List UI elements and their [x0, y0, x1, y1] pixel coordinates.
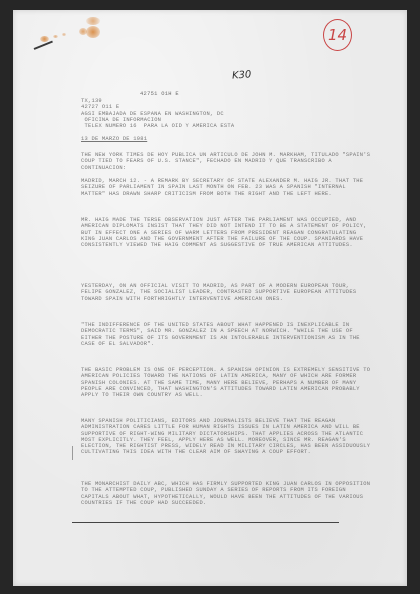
stain-mark: [86, 17, 100, 25]
telex-header-block: TX,13942727 O11 EAGSI EMBAJADA DE ESPANA…: [81, 98, 371, 129]
handwritten-code-annotation: K30: [232, 69, 252, 81]
margin-mark: [72, 446, 73, 460]
stain-mark: [86, 26, 100, 38]
body-paragraph: "THE INDIFFERENCE OF THE UNITED STATES A…: [81, 322, 371, 347]
end-of-text-rule: [72, 522, 339, 523]
body-paragraph: MR. HAIG MADE THE TERSE OBSERVATION JUST…: [81, 217, 371, 248]
body-paragraph: THE NEW YORK TIMES DE HOY PUBLICA UN ART…: [81, 152, 371, 171]
page-number-annotation: 14: [323, 19, 352, 51]
body-paragraph: MADRID, MARCH 12. - A REMARK BY SECRETAR…: [81, 178, 371, 197]
stain-mark: [53, 35, 58, 38]
body-paragraph: YESTERDAY, ON AN OFFICIAL VISIT TO MADRI…: [81, 283, 371, 302]
telex-header-code: 42751 O1H E: [140, 91, 179, 97]
body-paragraph: MANY SPANISH POLITICIANS, EDITORS AND JO…: [81, 418, 371, 456]
body-paragraph: THE MONARCHIST DAILY ABC, WHICH HAS FIRM…: [81, 481, 371, 506]
document-date: 13 DE MARZO DE 1981: [81, 136, 371, 142]
stain-mark: [62, 33, 66, 36]
stain-mark: [79, 28, 87, 35]
body-paragraph: THE BASIC PROBLEM IS ONE OF PERCEPTION. …: [81, 367, 371, 398]
header-line: TELEX NUMERO 16 PARA LA OID Y AMERICA ES…: [81, 123, 371, 129]
